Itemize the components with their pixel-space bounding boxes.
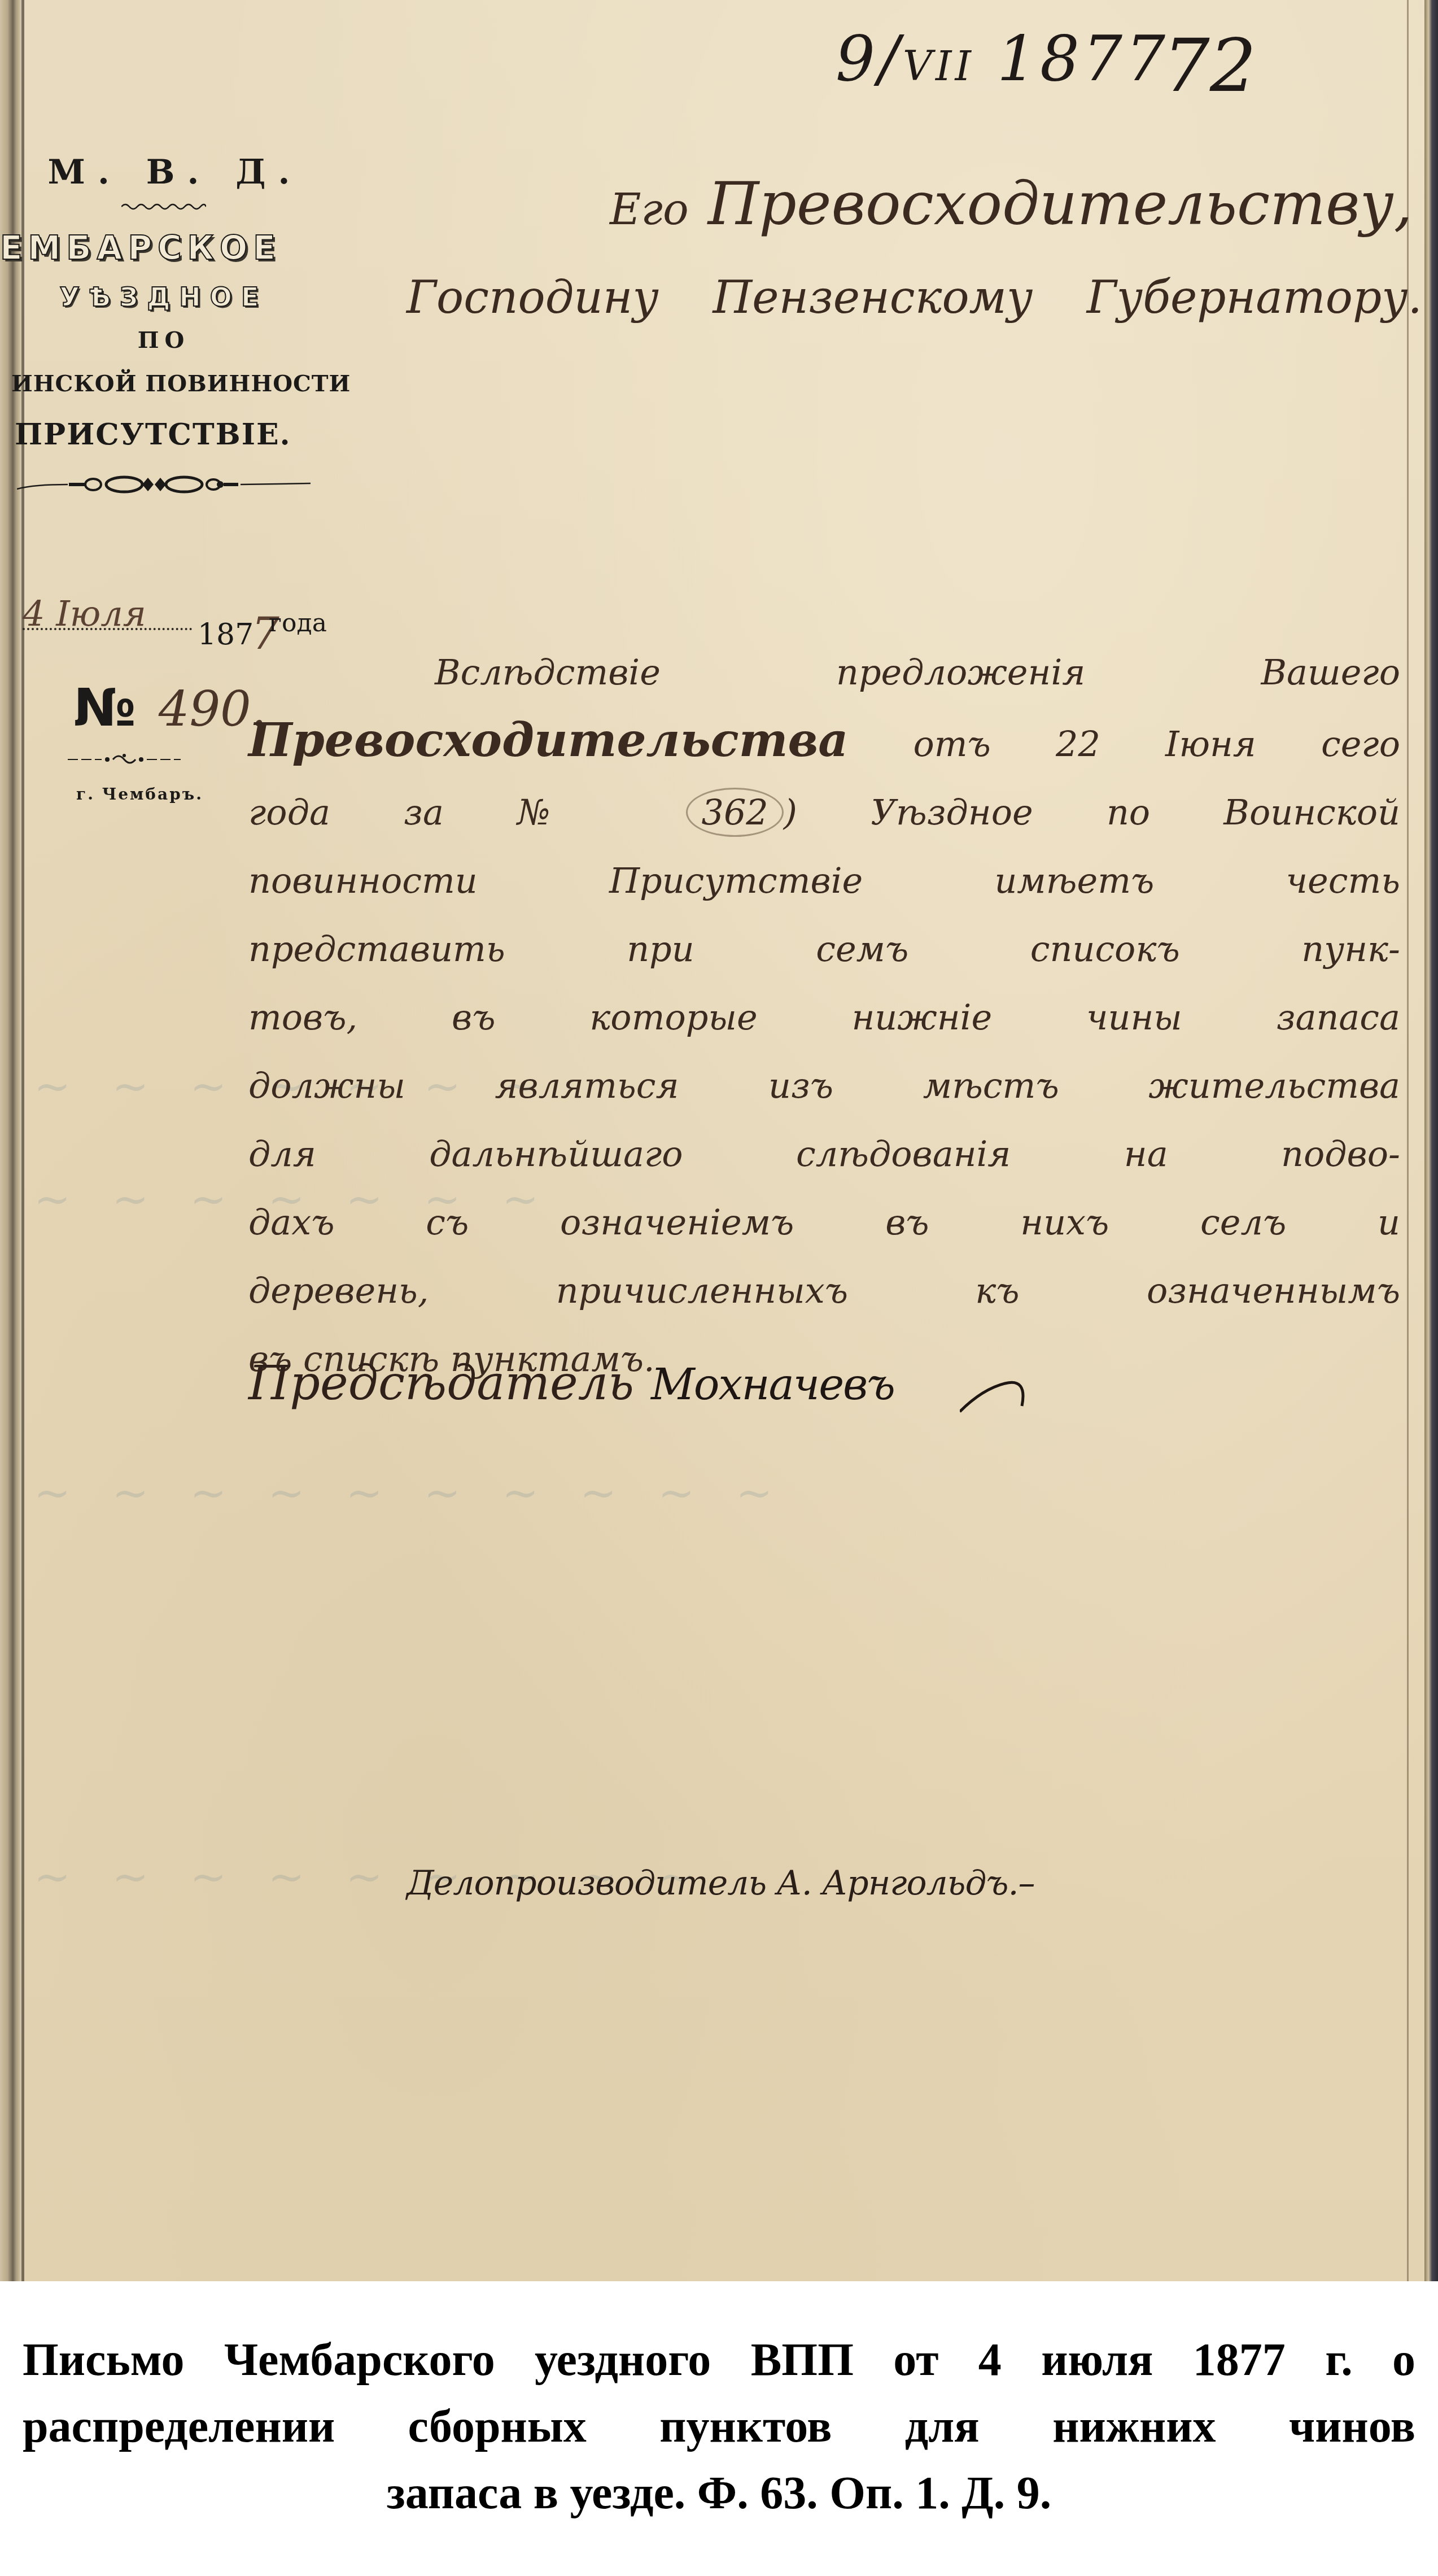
signature-title: Предсѣдатель [248,1355,634,1411]
letter-number-field: № 490. [73,678,266,734]
letterhead-duty: ИНСКОЙ ПОВИННОСТИ [11,370,311,397]
wavy-divider-icon [121,202,206,210]
city-name: г. Чембаръ. [76,785,203,804]
letter-body: Вслѣдствіе предложенія Вашего Превосходи… [248,638,1400,1393]
letterhead-preposition: ПО [17,327,311,353]
body-line: для дальнѣйшаго слѣдованія на подво- [248,1120,1400,1188]
body-line: должны являться изъ мѣстъ жительства [248,1051,1400,1120]
letter-date-field: 4 Іюля 1877 года [23,587,327,638]
honorific-word: Превосходительства [248,713,848,767]
addressee-honorific: Превосходительству, [708,169,1413,238]
caption-line: запаса в уезде. Ф. 63. Оп. 1. Д. 9. [23,2460,1415,2526]
scanned-document-page: ~ ~ ~ ~ ~ ~ ~ ~ ~ ~ ~ ~ ~ ~ ~ ~ ~ ~ ~ ~ … [0,0,1438,2281]
bleed-through-text: ~ ~ ~ ~ ~ ~ ~ ~ ~ ~ [34,1468,786,1519]
body-line: года за № 362) Уѣздное по Воинской [248,778,1400,846]
letterhead-district: УѢЗДНОЕ [17,282,311,312]
body-line-pre: года за № [248,792,686,833]
addressee-lead: Его [610,184,689,234]
body-line: Превосходительства отъ 22 Іюня сего [248,706,1400,778]
body-line: дахъ съ означеніемъ въ нихъ селъ и [248,1188,1400,1256]
right-binding-edge [1424,0,1438,2281]
letterhead: М. В. Д. ЕМБАРСКОЕ УѢЗДНОЕ ПО ИНСКОЙ ПОВ… [17,152,311,497]
reference-number: 362 [686,788,783,837]
signature-name: Мохначевъ [651,1359,894,1409]
archive-month: VII [903,42,974,90]
chairman-signature-block: ПредсѣдательМохначевъ [248,1355,894,1411]
archive-date-stamp: 9/VII1877 [836,23,1169,95]
small-ornament-icon [68,751,181,768]
signature-flourish-icon [960,1366,1197,1446]
letter-date-handwritten: 4 Іюля [23,593,146,634]
addressee-name: Господину Пензенскому Губернатору. [407,271,1422,324]
right-margin-rule [1407,0,1409,2281]
body-line: товъ, въ которые нижніе чины запаса [248,983,1400,1051]
year-suffix: года [269,609,327,638]
body-line: деревень, причисленныхъ къ означеннымъ [248,1256,1400,1325]
body-line: повинности Присутствіе имѣетъ честь [248,846,1400,915]
document-caption: Письмо Чембарского уездного ВПП от 4 июл… [23,2326,1415,2526]
ornamental-divider-icon [17,472,311,495]
secretary-signature: Делопроизводитель А. Арнгольдъ.– [407,1863,1035,1903]
ministry-abbreviation: М. В. Д. [40,152,311,192]
body-line-post: ) Уѣздное по Воинской [784,792,1400,833]
archive-day: 9 [836,23,878,95]
letterhead-office: ПРИСУТСТВІЕ. [15,417,311,452]
number-sign: № [73,678,134,738]
letterhead-office-name: ЕМБАРСКОЕ [0,229,311,267]
archive-year: 1877 [997,23,1169,95]
body-line: Вслѣдствіе предложенія Вашего [248,638,1400,706]
caption-line: распределении сборных пунктов для нижних… [23,2393,1415,2460]
caption-line: Письмо Чембарского уездного ВПП от 4 июл… [23,2326,1415,2393]
addressee-title: ЕгоПревосходительству, [610,169,1413,238]
year-printed: 187 [198,618,253,652]
secretary-signature-block: Делопроизводитель А. Арнгольдъ.– [407,1863,1035,1903]
body-line: представить при семъ списокъ пунк- [248,915,1400,983]
folio-number: 72 [1163,23,1256,108]
body-line-rest: отъ 22 Іюня сего [913,723,1400,765]
